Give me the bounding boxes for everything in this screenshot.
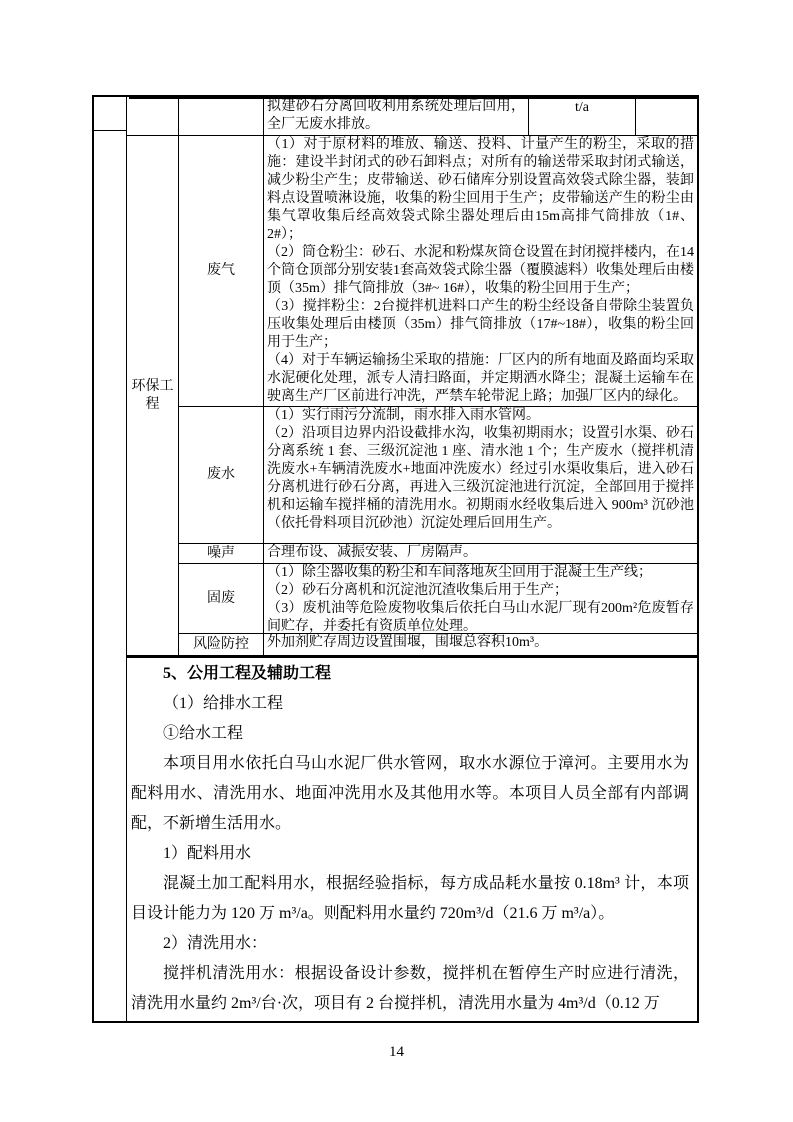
env-engineering-rows: 环保工程 废气 （1）对于原材料的堆放、输送、投料、计量产生的粉尘，采取的措施：… [127,136,697,655]
row-label-solid-waste: 固废 [179,564,264,633]
cell-waste-water-content: （1）实行雨污分流制，雨水排入雨水管网。 （2）沿项目边界内沿设截排水沟，收集初… [264,407,697,543]
row-label-waste-gas: 废气 [179,136,264,406]
env-sub-rows: 废气 （1）对于原材料的堆放、输送、投料、计量产生的粉尘，采取的措施：建设半封闭… [179,136,697,655]
carryover-content-cell: 拟建砂石分离回收利用系统处理后回用，全厂无废水排放。 [264,97,529,135]
table-row-solid-waste: 固废 （1）除尘器收集的粉尘和车间落地灰尘回用于混凝土生产线； （2）砂石分离机… [179,564,697,634]
left-column-row-divider [94,130,126,131]
paragraph: （1）对于原材料的堆放、输送、投料、计量产生的粉尘，采取的措施：建设半封闭式的砂… [267,136,694,244]
page-number: 14 [0,1044,793,1061]
env-measures-table: 拟建砂石分离回收利用系统处理后回用，全厂无废水排放。 t/a 环保工程 废气 （… [127,97,697,658]
empty-cell [179,97,264,135]
cell-waste-gas-content: （1）对于原材料的堆放、输送、投料、计量产生的粉尘，采取的措施：建设半封闭式的砂… [264,136,697,406]
paragraph: （2）沿项目边界内沿设截排水沟，收集初期雨水；设置引水渠、砂石分离系统 1 套、… [267,425,694,533]
section-heading: 5、公用工程及辅助工程 [127,659,695,689]
row-label-risk-control: 风险防控 [179,634,264,655]
paragraph: （1）给排水工程 [127,689,695,719]
row-header-env-engineering: 环保工程 [127,136,179,655]
paragraph: （2）筒仓粉尘：砂石、水泥和粉煤灰筒仓设置在封闭搅拌楼内，在14个筒仓顶部分别安… [267,244,694,298]
document-page: 拟建砂石分离回收利用系统处理后回用，全厂无废水排放。 t/a 环保工程 废气 （… [0,0,793,1122]
paragraph: 2）清洗用水： [127,929,695,959]
row-label-noise: 噪声 [179,544,264,563]
paragraph: ①给水工程 [127,719,695,749]
left-margin-column [94,97,127,1021]
cell-risk-control-content: 外加剂贮存周边设置围堰，围堰总容积10m³。 [264,634,697,655]
table-row-risk-control: 风险防控 外加剂贮存周边设置围堰，围堰总容积10m³。 [179,634,697,655]
paragraph: （2）砂石分离机和沉淀池沉渣收集后用于生产； [267,582,694,600]
table-row-waste-water: 废水 （1）实行雨污分流制，雨水排入雨水管网。 （2）沿项目边界内沿设截排水沟，… [179,407,697,544]
unit-cell: t/a [529,97,636,135]
table-row-waste-gas: 废气 （1）对于原材料的堆放、输送、投料、计量产生的粉尘，采取的措施：建设半封闭… [179,136,697,407]
paragraph: （1）实行雨污分流制，雨水排入雨水管网。 [267,407,694,425]
paragraph: 本项目用水依托白马山水泥厂供水管网，取水水源位于漳河。主要用水为配料用水、清洗用… [127,749,695,839]
paragraph: 1）配料用水 [127,839,695,869]
paragraph: （4）对于车辆运输扬尘采取的措施：厂区内的所有地面及路面均采取水泥硬化处理，派专… [267,352,694,406]
table-row-noise: 噪声 合理布设、减振安装、厂房隔声。 [179,544,697,564]
form-border-box: 拟建砂石分离回收利用系统处理后回用，全厂无废水排放。 t/a 环保工程 废气 （… [92,95,699,1023]
paragraph: （3）搅拌粉尘：2台搅拌机进料口产生的粉尘经设备自带除尘装置负压收集处理后由楼顶… [267,298,694,352]
cell-noise-content: 合理布设、减振安装、厂房隔声。 [264,544,697,563]
empty-cell [636,97,697,135]
paragraph: 合理布设、减振安装、厂房隔声。 [267,544,694,562]
row-label-waste-water: 废水 [179,407,264,543]
paragraph: 外加剂贮存周边设置围堰，围堰总容积10m³。 [267,634,694,652]
paragraph: （1）除尘器收集的粉尘和车间落地灰尘回用于混凝土生产线； [267,564,694,582]
paragraph: （3）废机油等危险废物收集后依托白马山水泥厂现有200m²危废暂存间贮存，并委托… [267,600,694,633]
carryover-row: 拟建砂石分离回收利用系统处理后回用，全厂无废水排放。 t/a [127,97,697,136]
paragraph: 搅拌机清洗用水：根据设备设计参数，搅拌机在暂停生产时应进行清洗，清洗用水量约 2… [127,959,695,1019]
empty-cell [127,97,179,135]
section-utilities-auxiliary: 5、公用工程及辅助工程 （1）给排水工程 ①给水工程 本项目用水依托白马山水泥厂… [127,659,695,1019]
cell-solid-waste-content: （1）除尘器收集的粉尘和车间落地灰尘回用于混凝土生产线； （2）砂石分离机和沉淀… [264,564,697,633]
paragraph: 混凝土加工配料用水，根据经验指标，每方成品耗水量按 0.18m³ 计，本项目设计… [127,869,695,929]
